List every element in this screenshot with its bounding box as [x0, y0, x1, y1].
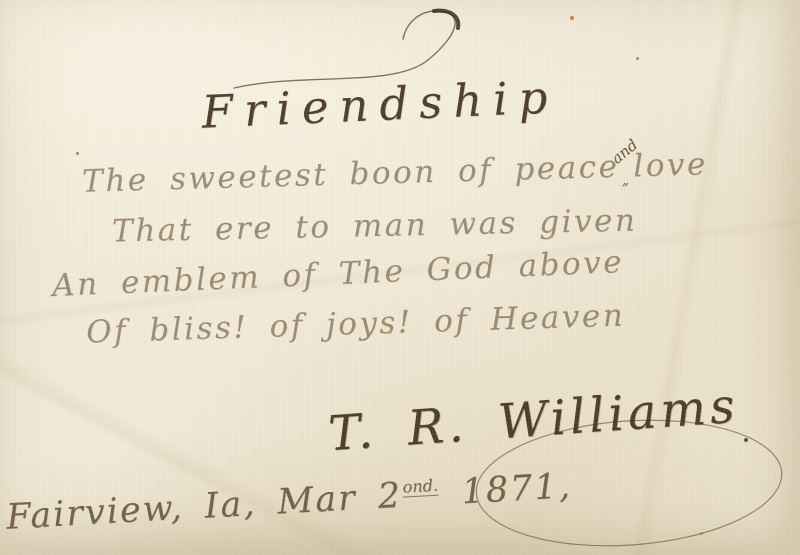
- foxing-speck: [636, 57, 639, 60]
- dateline-year: 1871,: [460, 466, 572, 512]
- signature: T. R. Williams: [327, 378, 741, 463]
- poem-line-3: An emblem of The God above: [51, 244, 624, 304]
- foxing-speck: [570, 16, 574, 20]
- foxing-speck: [76, 152, 79, 155]
- dateline-ordinal: ond.: [402, 476, 439, 498]
- dateline-date: Mar 2: [276, 476, 403, 523]
- poem-line-1-text: The sweetest boon of peace: [82, 149, 620, 200]
- poem-line-1-end: love: [633, 146, 708, 184]
- album-page-scan: Friendship The sweetest boon of peaceand…: [0, 0, 800, 555]
- foxing-speck: [700, 532, 703, 535]
- poem-line-2: That ere to man was given: [112, 203, 638, 250]
- foxing-speck: [744, 438, 748, 442]
- poem-line-4: Of bliss! of joys! of Heaven: [86, 298, 626, 351]
- dateline: Fairview, Ia, Mar 2ond. 1871,: [5, 466, 572, 538]
- poem-line-1: The sweetest boon of peaceand„love: [82, 146, 709, 199]
- dateline-place: Fairview, Ia,: [5, 484, 257, 538]
- page-title: Friendship: [164, 69, 596, 141]
- insertion-caret-mark: „: [621, 172, 629, 188]
